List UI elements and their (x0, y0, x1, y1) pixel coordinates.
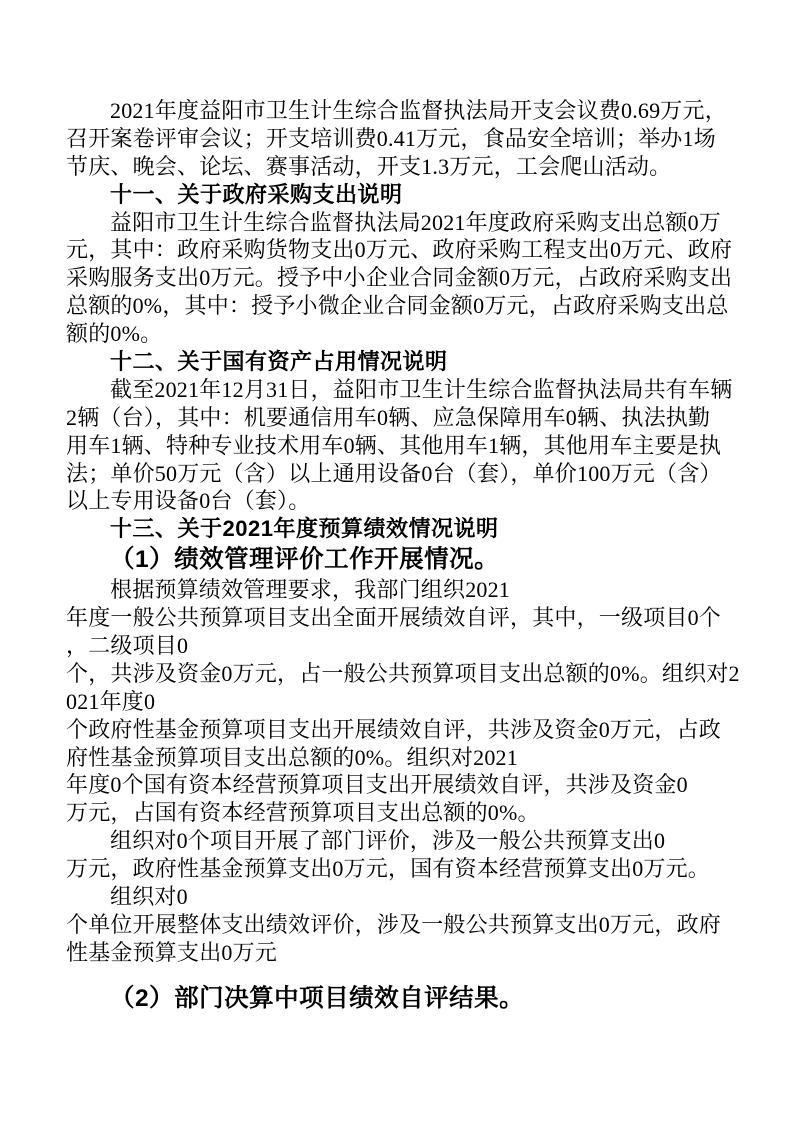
paragraph-line: 021年度0 (66, 688, 727, 716)
section-heading-budget-performance: 十三、关于2021年度预算绩效情况说明 (66, 515, 727, 543)
paragraph-line: 个，共涉及资金0万元，占一般公共预算项目支出总额的0%。组织对2 (66, 660, 727, 688)
section-heading-government-procurement: 十一、关于政府采购支出说明 (66, 181, 727, 209)
paragraph-line: 2021年度益阳市卫生计生综合监督执法局开支会议费0.69万元， (66, 97, 727, 125)
subheading-performance-evaluation: （1）绩效管理评价工作开展情况。 (66, 543, 727, 576)
paragraph-line: 召开案卷评审会议；开支培训费0.41万元，食品安全培训；举办1场 (66, 125, 727, 153)
paragraph-line: 法；单价50万元（含）以上通用设备0台（套），单价100万元（含） (66, 460, 727, 488)
paragraph-line: 万元，政府性基金预算支出0万元，国有资本经营预算支出0万元。 (66, 855, 727, 883)
paragraph-line: 以上专用设备0台（套）。 (66, 487, 727, 515)
paragraph-line: 益阳市卫生计生综合监督执法局2021年度政府采购支出总额0万 (66, 209, 727, 237)
paragraph-line: 万元，占国有资本经营预算项目支出总额的0%。 (66, 799, 727, 827)
paragraph-line: 采购服务支出0万元。授予中小企业合同金额0万元，占政府采购支出 (66, 264, 727, 292)
paragraph-line: 额的0%。 (66, 320, 727, 348)
paragraph-line: 组织对0个项目开展了部门评价，涉及一般公共预算支出0 (66, 827, 727, 855)
section-heading-state-assets: 十二、关于国有资产占用情况说明 (66, 348, 727, 376)
paragraph-line: 截至2021年12月31日，益阳市卫生计生综合监督执法局共有车辆 (66, 376, 727, 404)
document-page: 2021年度益阳市卫生计生综合监督执法局开支会议费0.69万元， 召开案卷评审会… (0, 0, 793, 1122)
subheading-self-evaluation-results: （2）部门决算中项目绩效自评结果。 (66, 982, 727, 1016)
paragraph-line: 总额的0%，其中：授予小微企业合同金额0万元，占政府采购支出总 (66, 292, 727, 320)
paragraph-line: 元，其中：政府采购货物支出0万元、政府采购工程支出0万元、政府 (66, 236, 727, 264)
paragraph-line: ，二级项目0 (66, 632, 727, 660)
paragraph-line: 2辆（台），其中：机要通信用车0辆、应急保障用车0辆、执法执勤 (66, 404, 727, 432)
paragraph-line: 根据预算绩效管理要求，我部门组织2021 (66, 576, 727, 604)
paragraph-line: 年度一般公共预算项目支出全面开展绩效自评，其中，一级项目0个 (66, 604, 727, 632)
paragraph-line: 性基金预算支出0万元 (66, 939, 727, 967)
paragraph-line: 用车1辆、特种专业技术用车0辆、其他用车1辆，其他用车主要是执 (66, 432, 727, 460)
paragraph-line: 年度0个国有资本经营预算项目支出开展绩效自评，共涉及资金0 (66, 771, 727, 799)
paragraph-line: 个政府性基金预算项目支出开展绩效自评，共涉及资金0万元，占政 (66, 716, 727, 744)
paragraph-line: 个单位开展整体支出绩效评价，涉及一般公共预算支出0万元，政府 (66, 911, 727, 939)
paragraph-line: 组织对0 (66, 883, 727, 911)
paragraph-line: 府性基金预算项目支出总额的0%。组织对2021 (66, 744, 727, 772)
paragraph-line: 节庆、晚会、论坛、赛事活动，开支1.3万元，工会爬山活动。 (66, 153, 727, 181)
